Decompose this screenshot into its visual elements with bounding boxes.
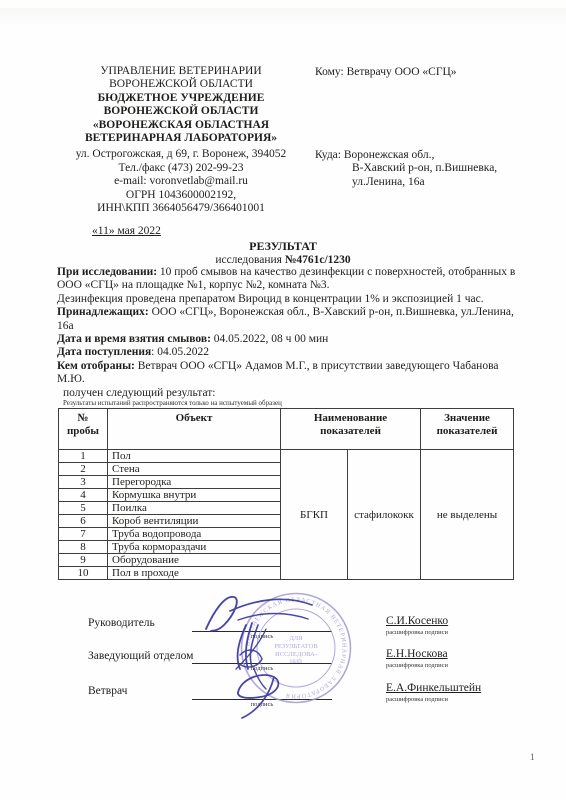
- org-name-line: ВЕТЕРИНАРНАЯ ЛАБОРАТОРИЯ»: [55, 132, 307, 145]
- org-phone: Тел./факс (473) 202-99-23: [55, 162, 307, 175]
- cell-object: Стена: [108, 463, 281, 476]
- signature-name-caption: расшифровка подписи: [386, 629, 448, 636]
- signature-name-director: С.И.Косенко: [386, 615, 448, 628]
- scan-artifact: [0, 8, 566, 24]
- header-object: Объект: [108, 409, 281, 450]
- org-inn-kpp: ИНН\КПП 3664056479/366401001: [55, 202, 307, 215]
- recipient-where-line: В-Хавский р-он, п.Вишневка,: [315, 162, 550, 175]
- disclaimer-note: Результаты испытаний распространяются то…: [63, 399, 282, 407]
- cell-object: Пол в проходе: [108, 567, 281, 580]
- org-email: e-mail: voronvetlab@mail.ru: [55, 175, 307, 188]
- cell-object: Перегородка: [108, 476, 281, 489]
- header-sample-number: № пробы: [59, 409, 108, 450]
- recipient-where-line: Куда: Воронежская обл.,: [315, 149, 550, 162]
- org-ogrn: ОГРН 1043600002192,: [55, 189, 307, 202]
- table-row: 1 Пол БГКП стафилококк не выделены: [59, 450, 514, 463]
- org-name-line: «ВОРОНЕЖСКАЯ ОБЛАСТНАЯ: [55, 119, 307, 132]
- signature-name-vet: Е.А.Финкельштейн: [386, 682, 481, 695]
- cell-object: Кормушка внутри: [108, 489, 281, 502]
- document-title: РЕЗУЛЬТАТ: [0, 240, 566, 253]
- signature-scribble-director: [206, 597, 312, 631]
- recipient-where-line: ул.Ленина, 16а: [315, 176, 550, 189]
- cell-sample-number: 6: [59, 515, 108, 528]
- signature-name-caption: расшифровка подписи: [386, 662, 448, 669]
- signature-scribbles: [178, 585, 353, 730]
- cell-sample-number: 2: [59, 463, 108, 476]
- signature-scribble-head-of-dept: [236, 623, 266, 669]
- table-header-row: № пробы Объект Наименование показателей …: [59, 409, 514, 450]
- cell-sample-number: 5: [59, 502, 108, 515]
- signature-name-head-of-dept: Е.Н.Носкова: [386, 648, 448, 661]
- cell-sample-number: 4: [59, 489, 108, 502]
- cell-sample-number: 7: [59, 528, 108, 541]
- research-number: №4761с/1230: [285, 254, 351, 266]
- org-dept-line: ВОРОНЕЖСКОЙ ОБЛАСТИ: [55, 78, 307, 91]
- results-table: № пробы Объект Наименование показателей …: [58, 408, 514, 580]
- cell-object: Поилка: [108, 502, 281, 515]
- body-text: При исследовании: 10 проб смывов на каче…: [57, 266, 517, 400]
- cell-indicator-staph: стафилококк: [348, 450, 421, 580]
- cell-object: Труба кормораздачи: [108, 541, 281, 554]
- cell-result-value: не выделены: [421, 450, 514, 580]
- header-indicator-value: Значение показателей: [421, 409, 514, 450]
- paragraph-owner: Принадлежащих: ООО «СГЦ», Воронежская об…: [57, 306, 517, 333]
- org-name-line: БЮДЖЕТНОЕ УЧРЕЖДЕНИЕ: [55, 92, 307, 105]
- paragraph-sampling-datetime: Дата и время взятия смывов: 04.05.2022, …: [57, 333, 517, 346]
- document-page: УПРАВЛЕНИЕ ВЕТЕРИНАРИИ ВОРОНЕЖСКОЙ ОБЛАС…: [0, 0, 566, 800]
- paragraph-receipt-date: Дата поступления: 04.05.2022: [57, 346, 517, 359]
- subtitle-prefix: исследования: [215, 254, 285, 266]
- org-header: УПРАВЛЕНИЕ ВЕТЕРИНАРИИ ВОРОНЕЖСКОЙ ОБЛАС…: [55, 65, 307, 215]
- org-contacts: ул. Острогожская, д 69, г. Воронеж, 3940…: [55, 148, 307, 215]
- document-date: «11» мая 2022: [92, 225, 161, 238]
- signature-scribble-vet: [238, 669, 278, 718]
- signature-role-vet: Ветврач: [88, 685, 127, 698]
- cell-sample-number: 8: [59, 541, 108, 554]
- org-name-line: ВОРОНЕЖСКОЙ ОБЛАСТИ: [55, 105, 307, 118]
- paragraph-research: При исследовании: 10 проб смывов на каче…: [57, 266, 517, 293]
- cell-indicator-bgkp: БГКП: [281, 450, 348, 580]
- cell-sample-number: 1: [59, 450, 108, 463]
- page-number: 1: [530, 751, 535, 764]
- recipient-to: Кому: Ветврачу ООО «СГЦ»: [315, 66, 550, 79]
- cell-object: Труба водопровода: [108, 528, 281, 541]
- cell-object: Оборудование: [108, 554, 281, 567]
- paragraph-disinfection: Дезинфекция проведена препаратом Вироцид…: [57, 293, 517, 306]
- cell-object: Пол: [108, 450, 281, 463]
- signature-name-caption: расшифровка подписи: [386, 696, 448, 703]
- header-indicator-name: Наименование показателей: [281, 409, 421, 450]
- cell-sample-number: 3: [59, 476, 108, 489]
- org-address: ул. Острогожская, д 69, г. Воронеж, 3940…: [55, 148, 307, 161]
- recipient-where: Куда: Воронежская обл., В-Хавский р-он, …: [315, 149, 550, 189]
- cell-sample-number: 9: [59, 554, 108, 567]
- paragraph-sampled-by: Кем отобраны: Ветврач ООО «СГЦ» Адамов М…: [57, 360, 517, 387]
- cell-object: Короб вентиляции: [108, 515, 281, 528]
- signature-role-director: Руководитель: [88, 617, 155, 630]
- org-dept-line: УПРАВЛЕНИЕ ВЕТЕРИНАРИИ: [55, 65, 307, 78]
- cell-sample-number: 10: [59, 567, 108, 580]
